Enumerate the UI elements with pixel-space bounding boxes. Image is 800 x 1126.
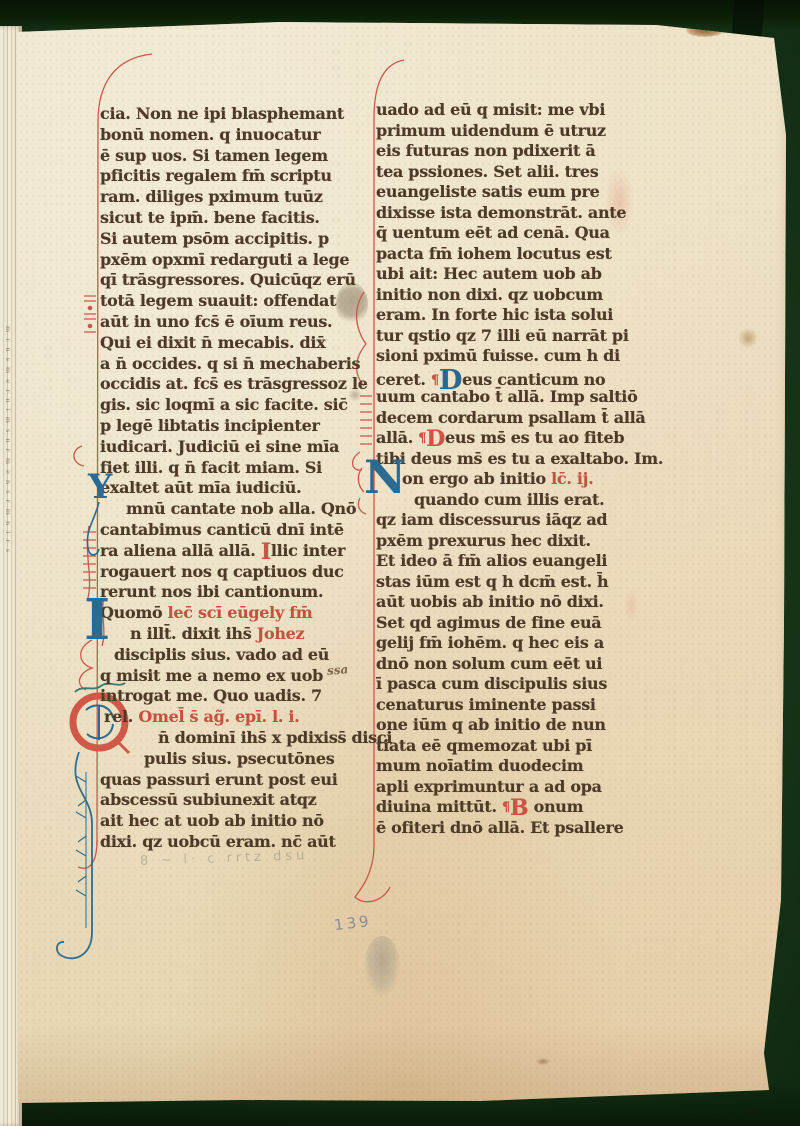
text-line: cia. Non ne ipi blasphemant <box>100 104 392 125</box>
text-line: rel. Omel̄ s̄ ag̃. epī. l. i. <box>100 707 392 728</box>
rubric-text: Johez <box>257 624 305 643</box>
body-text: aūt uobis ab initio nō dixi. <box>376 592 604 611</box>
text-line: pficitis regalem fm̄ scriptu <box>100 166 392 187</box>
body-text: n illt̄. dixit ihs̄ <box>130 624 257 643</box>
text-line: Quomō lec̄ scī eūgely fm̄ <box>100 603 392 624</box>
body-text: cia. Non ne ipi blasphemant <box>100 104 344 123</box>
body-text: abscessū subiunexit atqz <box>100 790 316 809</box>
text-line: iudicari. Judiciū ei sine mīa <box>100 437 392 458</box>
text-line: mum noīatim duodecim <box>376 756 663 777</box>
body-text: llic inter <box>271 541 345 560</box>
body-text: tea pssiones. Set alii. tres <box>376 162 598 181</box>
text-line: Si autem psōm accipitis. p <box>100 229 392 250</box>
body-text: totā legem suauit: offendat <box>100 291 336 310</box>
body-text: tibi deus ms̄ es tu a exaltabo. Im. <box>376 449 663 468</box>
manuscript-photo: m r n s m e r n i m s n r m e n s r m n … <box>0 0 800 1126</box>
text-line: sicut te ipm̄. bene facitis. <box>100 208 392 229</box>
body-text: eus ms̄ es tu ao fiteb <box>445 428 624 447</box>
text-line: sioni pximū fuisse. cum h di <box>376 346 663 367</box>
body-text: sicut te ipm̄. bene facitis. <box>100 208 320 227</box>
text-line: stas iūm est q h dcm̄ est. h̄ <box>376 572 663 593</box>
text-line: occidis at. fcs̄ es trāsgressoz le <box>100 374 392 395</box>
text-line: ait hec at uob ab initio nō <box>100 811 392 832</box>
text-line: diuina mittūt. ¶B onum <box>376 797 663 818</box>
body-text: gelij fm̄ iohēm. q hec eis a <box>376 633 604 652</box>
body-text: dixisse ista demonstrāt. ante <box>376 203 626 222</box>
text-line: dnō non solum cum eēt ui <box>376 654 663 675</box>
body-text: stas iūm est q h dcm̄ est. h̄ <box>376 572 608 591</box>
initial-Y: Y <box>88 470 112 504</box>
body-text: mnū cantate nob alla. Qnō <box>126 499 356 518</box>
text-line: totā legem suauit: offendat <box>100 291 392 312</box>
text-line: initio non dixi. qz uobcum <box>376 285 663 306</box>
text-line: ī pasca cum discipulis sius <box>376 674 663 695</box>
body-text: ē ofiteri dnō allā. Et psallere <box>376 818 624 837</box>
text-line: ē ofiteri dnō allā. Et psallere <box>376 818 663 839</box>
text-line: fiet illi. q n̄ facit miam. Si <box>100 458 392 479</box>
text-line: quando cum illis erat. <box>376 490 663 511</box>
text-line: n̄ dominī ihs̄ x pdixiss̄ disci <box>100 728 392 749</box>
body-text: a n̄ occides. q si n̄ mechaberis <box>100 354 360 373</box>
body-text: aūt in uno fcs̄ ē oīum reus. <box>100 312 332 331</box>
body-text: eus canticum no <box>462 370 605 389</box>
body-text: rerunt nos ibi cantionum. <box>100 582 323 601</box>
initial-I: I <box>84 592 110 648</box>
body-text: ra aliena allā allā. <box>100 541 261 560</box>
body-text: dnō non solum cum eēt ui <box>376 654 602 673</box>
body-text: mum noīatim duodecim <box>376 756 583 775</box>
text-line: euangeliste satis eum pre <box>376 182 663 203</box>
text-line: ē sup uos. Si tamen legem <box>100 146 392 167</box>
body-text: ram. diliges pximum tuūz <box>100 187 323 206</box>
body-text: Qui ei dixit n̄ mecabis. dix̄ <box>100 333 325 352</box>
body-text: euangeliste satis eum pre <box>376 182 600 201</box>
text-line: exaltet aūt mīa iudiciū. <box>100 478 392 499</box>
body-text: one iūm q ab initio de nun <box>376 715 606 734</box>
body-text: qī trāsgressores. Quicūqz erū <box>100 270 356 289</box>
text-line: aūt uobis ab initio nō dixi. <box>376 592 663 613</box>
text-column-right: uado ad eū q misit: me vbiprimum uidendu… <box>376 100 663 838</box>
body-text: ī pasca cum discipulis sius <box>376 674 607 693</box>
bookmark-ribbon <box>732 0 765 38</box>
body-text: on ergo ab initio <box>402 469 551 488</box>
text-line: apli exprimuntur a ad opa <box>376 777 663 798</box>
body-text: onum <box>528 797 583 816</box>
text-line: primum uidendum ē utruz <box>376 121 663 142</box>
body-text: apli exprimuntur a ad opa <box>376 777 602 796</box>
body-text: q misit me a nemo ex uob <box>100 666 323 685</box>
text-line: pulis sius. psecutōnes <box>100 749 392 770</box>
body-text: Et ideo ā fm̄ alios euangeli <box>376 551 607 570</box>
body-text: ē sup uos. Si tamen legem <box>100 146 328 165</box>
text-line: dixisse ista demonstrāt. ante <box>376 203 663 224</box>
body-text: rogauert nos q captiuos duc <box>100 562 344 581</box>
body-text: eis futuras non pdixerit ā <box>376 141 595 160</box>
body-text: tur qstio qz 7 illi eū narrāt pi <box>376 326 629 345</box>
body-text: primum uidendum ē utruz <box>376 121 606 140</box>
text-line: pxēm prexurus hec dixit. <box>376 531 663 552</box>
text-line: ceret. ¶Deus canticum no <box>376 367 663 388</box>
text-line: cenaturus iminente passi <box>376 695 663 716</box>
text-column-left: cia. Non ne ipi blasphemantbonū nomen. q… <box>100 104 392 853</box>
text-line: qī trāsgressores. Quicūqz erū <box>100 270 392 291</box>
rubric-text: lec̄ scī eūgely fm̄ <box>168 603 313 622</box>
text-line: uum cantabo t̄ allā. Imp saltiō <box>376 387 663 408</box>
text-line: tea pssiones. Set alii. tres <box>376 162 663 183</box>
body-text: Set qd agimus de fine euā <box>376 613 601 632</box>
text-line: Et ideo ā fm̄ alios euangeli <box>376 551 663 572</box>
body-text: gis. sic loqmī a sic facite. sic̄ <box>100 395 348 414</box>
body-text: p legē libtatis incipienter <box>100 416 320 435</box>
body-text: q̄ uentum eēt ad cenā. Qua <box>376 223 610 242</box>
text-line: aūt in uno fcs̄ ē oīum reus. <box>100 312 392 333</box>
body-text: pulis sius. psecutōnes <box>144 749 334 768</box>
body-text: pxēm opxmī redarguti a lege <box>100 250 349 269</box>
body-text: qz iam discessurus iāqz ad <box>376 510 607 529</box>
body-text: bonū nomen. q inuocatur <box>100 125 320 144</box>
body-text: cantabimus canticū dnī intē <box>100 520 344 539</box>
body-text: initio non dixi. qz uobcum <box>376 285 603 304</box>
text-line: pxēm opxmī redarguti a lege <box>100 250 392 271</box>
text-line: uado ad eū q misit: me vbi <box>376 100 663 121</box>
text-line: n illt̄. dixit ihs̄ Johez <box>100 624 392 645</box>
text-line: decem cordarum psallam t̄ allā <box>376 408 663 429</box>
paraph-mark: ¶ <box>431 373 439 388</box>
body-text: quando cum illis erat. <box>414 490 604 509</box>
text-line: cantabimus canticū dnī intē <box>100 520 392 541</box>
body-text: tiata eē qmemozat ubi pī <box>376 736 592 755</box>
body-text: pxēm prexurus hec dixit. <box>376 531 591 550</box>
body-text: quas passuri erunt post eui <box>100 770 338 789</box>
text-line: introgat me. Quo uadis. 7 <box>100 686 392 707</box>
text-line: disciplis sius. vado ad eū <box>100 645 392 666</box>
body-text: introgat me. Quo uadis. 7 <box>100 686 322 705</box>
text-line: qz iam discessurus iāqz ad <box>376 510 663 531</box>
text-line: bonū nomen. q inuocatur <box>100 125 392 146</box>
body-text: allā. <box>376 428 418 447</box>
text-line: mnū cantate nob alla. Qnō <box>100 499 392 520</box>
text-line: q̄ uentum eēt ad cenā. Qua <box>376 223 663 244</box>
text-line: ram. diliges pximum tuūz <box>100 187 392 208</box>
rubric-text: lc̄. ij. <box>551 469 593 488</box>
text-line: gelij fm̄ iohēm. q hec eis a <box>376 633 663 654</box>
text-line: p legē libtatis incipienter <box>100 416 392 437</box>
body-text: uum cantabo t̄ allā. Imp saltiō <box>376 387 637 406</box>
text-line: Qui ei dixit n̄ mecabis. dix̄ <box>100 333 392 354</box>
body-text: decem cordarum psallam t̄ allā <box>376 408 646 427</box>
gutter-note: ssa <box>327 662 349 677</box>
body-text: pficitis regalem fm̄ scriptu <box>100 166 332 185</box>
body-text: occidis at. fcs̄ es trāsgressoz le <box>100 374 368 393</box>
text-line: tur qstio qz 7 illi eū narrāt pi <box>376 326 663 347</box>
body-text: sioni pximū fuisse. cum h di <box>376 346 620 365</box>
text-line: rogauert nos q captiuos duc <box>100 562 392 583</box>
speck <box>536 1058 550 1065</box>
body-text: pacta fm̄ iohem locutus est <box>376 244 612 263</box>
edge-showthrough-text: m r n s m e r n i m s n r m e n s r m n … <box>1 326 12 796</box>
body-text: fiet illi. q n̄ facit miam. Si <box>100 458 322 477</box>
text-line: ra aliena allā allā. Illic inter <box>100 541 392 562</box>
body-text: disciplis sius. vado ad eū <box>114 645 329 664</box>
body-text: ait hec at uob ab initio nō <box>100 811 324 830</box>
text-line: quas passuri erunt post eui <box>100 770 392 791</box>
body-text: ubi ait: Hec autem uob ab <box>376 264 602 283</box>
text-line: on ergo ab initio lc̄. ij. <box>376 469 663 490</box>
body-text: Si autem psōm accipitis. p <box>100 229 329 248</box>
text-line: a n̄ occides. q si n̄ mechaberis <box>100 354 392 375</box>
text-line: pacta fm̄ iohem locutus est <box>376 244 663 265</box>
body-text: diuina mittūt. <box>376 797 502 816</box>
text-line: gis. sic loqmī a sic facite. sic̄ <box>100 395 392 416</box>
grey-stain <box>364 936 400 996</box>
rubric-text: Omel̄ s̄ ag̃. epī. l. i. <box>138 707 299 726</box>
text-line: eram. In forte hic ista solui <box>376 305 663 326</box>
text-line: eis futuras non pdixerit ā <box>376 141 663 162</box>
body-text: cenaturus iminente passi <box>376 695 596 714</box>
initial-N: N <box>364 454 406 500</box>
text-line: ubi ait: Hec autem uob ab <box>376 264 663 285</box>
body-text: iudicari. Judiciū ei sine mīa <box>100 437 339 456</box>
text-line: abscessū subiunexit atqz <box>100 790 392 811</box>
body-text: eram. In forte hic ista solui <box>376 305 613 324</box>
text-line: allā. ¶Deus ms̄ es tu ao fiteb <box>376 428 663 449</box>
body-text: ceret. <box>376 370 431 389</box>
body-text: uado ad eū q misit: me vbi <box>376 100 605 119</box>
paraph-mark: ¶ <box>502 800 510 815</box>
body-text: n̄ dominī ihs̄ x pdixiss̄ disci <box>158 728 392 747</box>
text-line: tiata eē qmemozat ubi pī <box>376 736 663 757</box>
text-line: Set qd agimus de fine euā <box>376 613 663 634</box>
initial-Q: Q <box>68 692 130 754</box>
text-line: tibi deus ms̄ es tu a exaltabo. Im. <box>376 449 663 470</box>
brown-stain-right <box>738 328 758 348</box>
text-line: one iūm q ab initio de nun <box>376 715 663 736</box>
text-line: rerunt nos ibi cantionum. <box>100 582 392 603</box>
body-text: exaltet aūt mīa iudiciū. <box>100 478 301 497</box>
